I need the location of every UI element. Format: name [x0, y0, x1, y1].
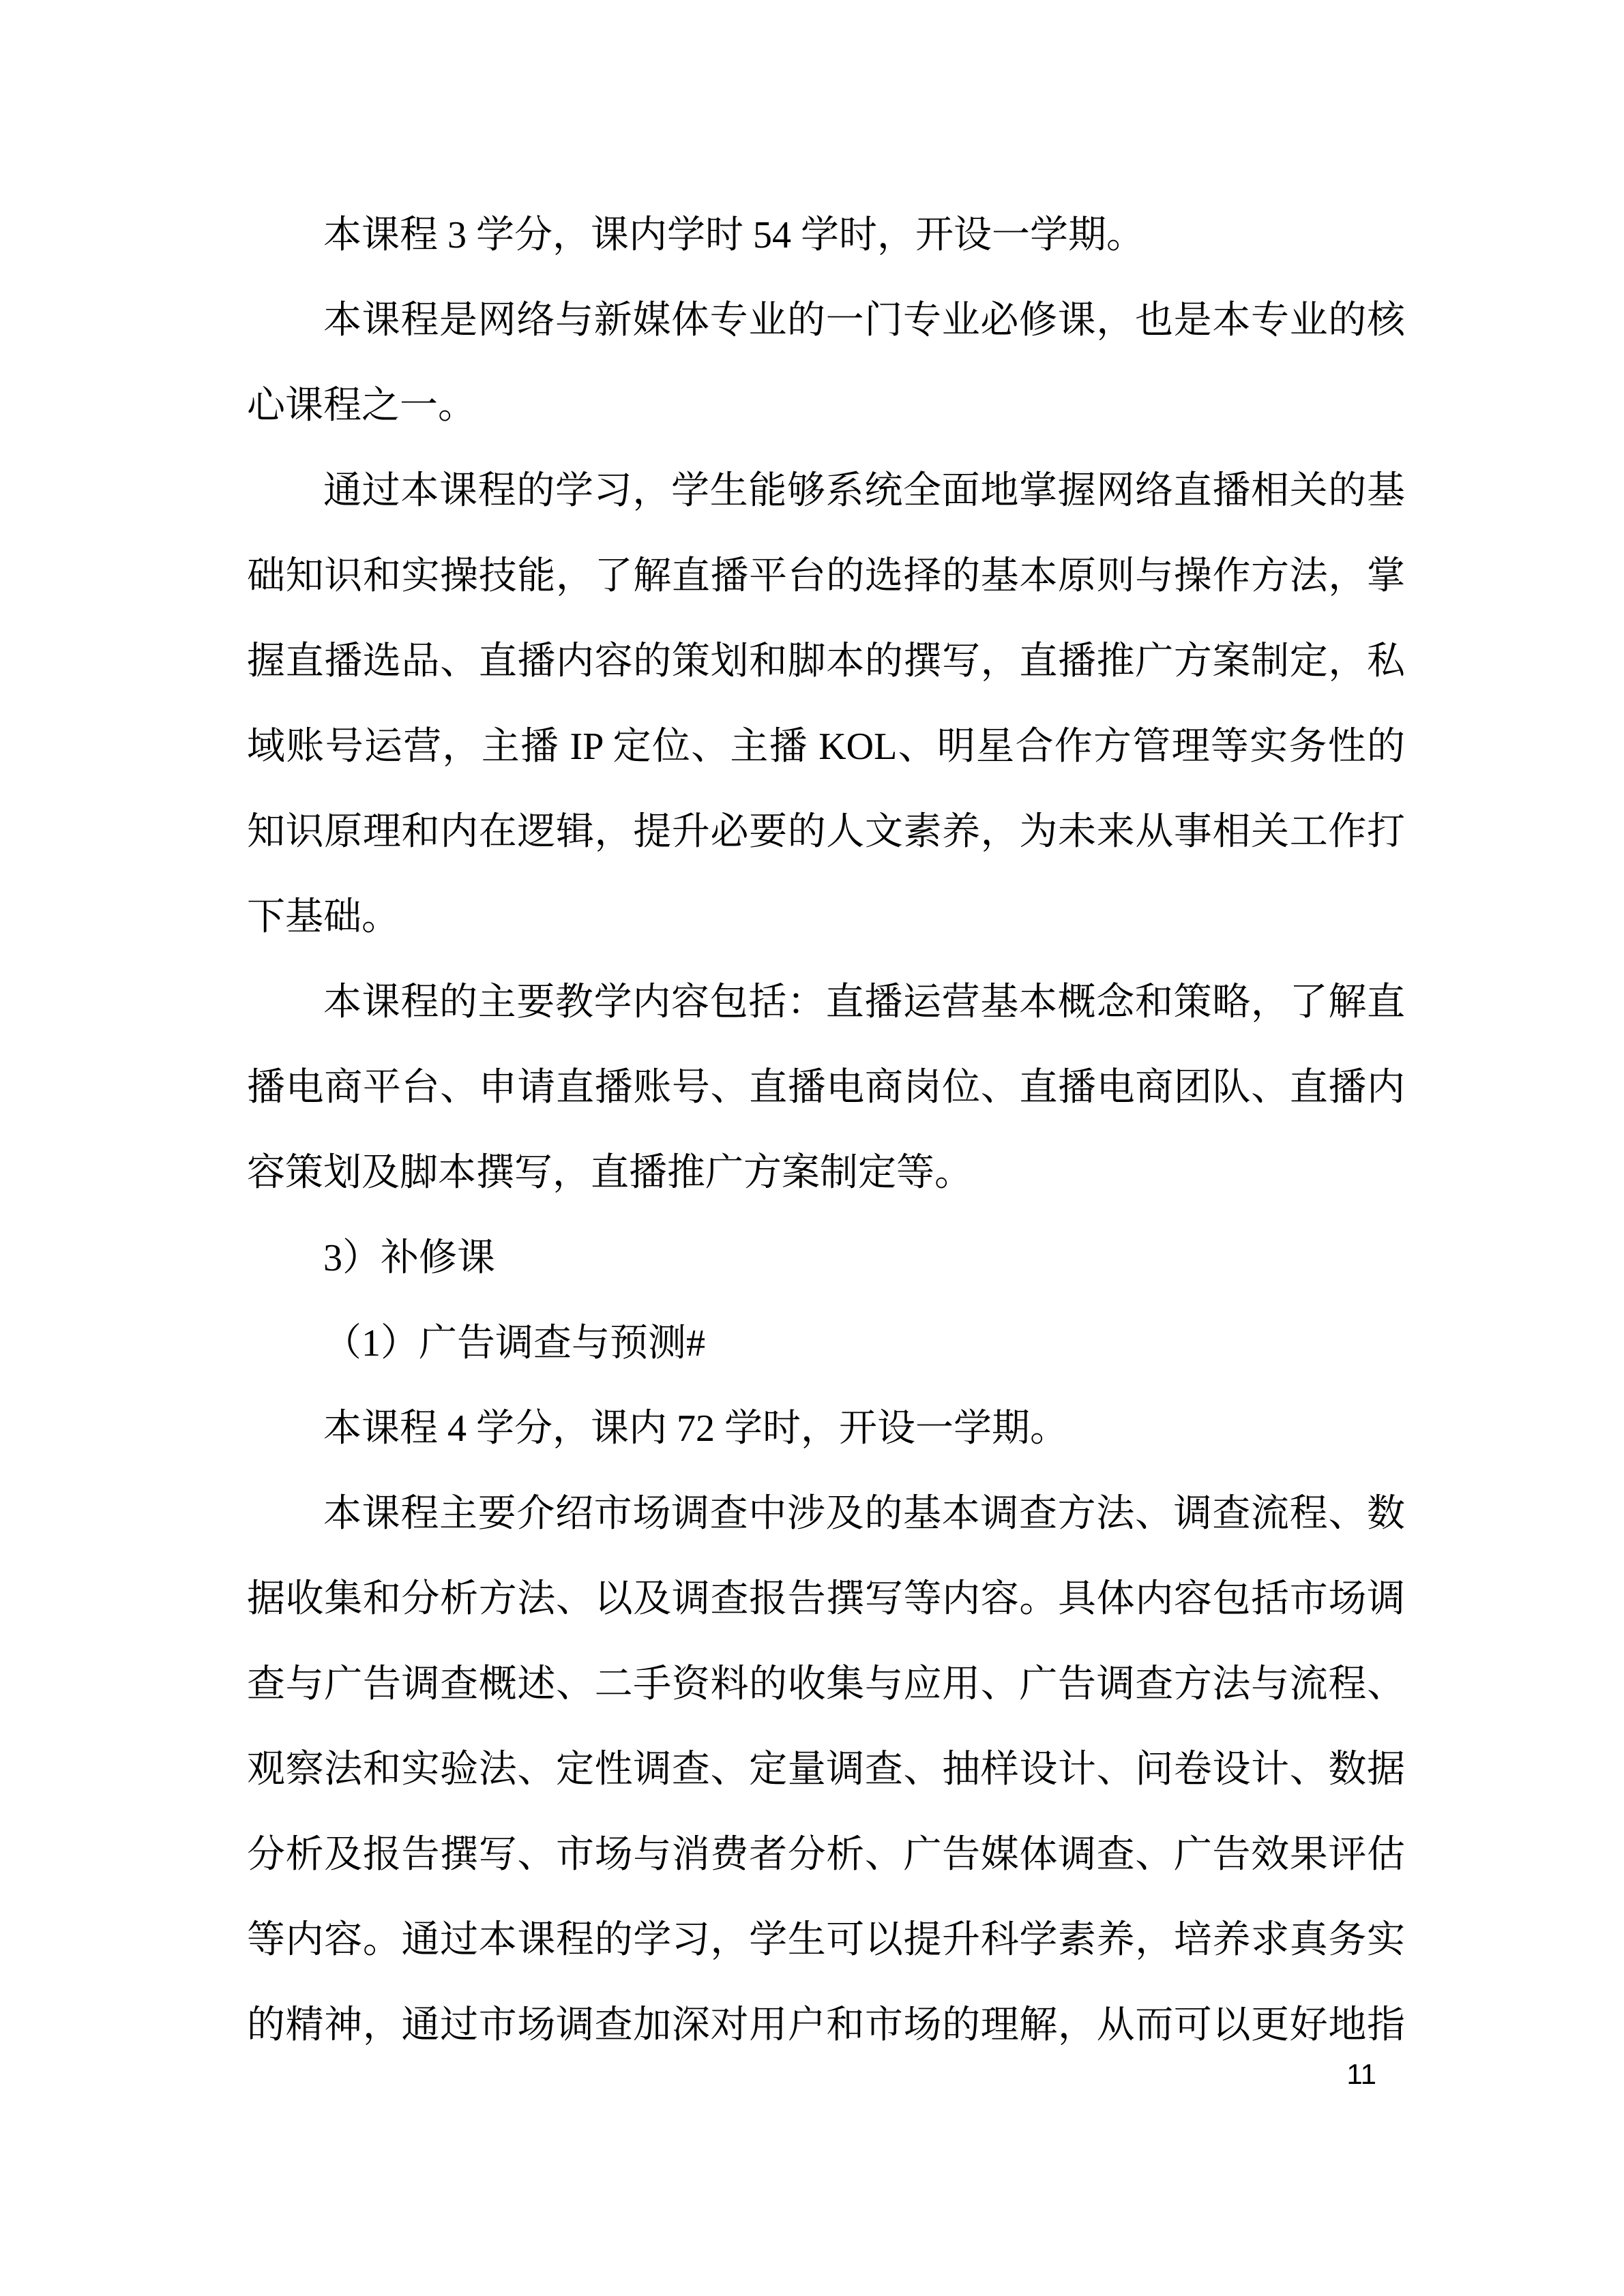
text-line: 观察法和实验法、定性调查、定量调查、抽样设计、问卷设计、数据: [247, 1727, 1405, 1813]
document-body-text: 本课程 3 学分，课内学时 54 学时，开设一学期。 本课程是网络与新媒体专业的…: [247, 193, 1405, 2068]
text-line: 本课程 3 学分，课内学时 54 学时，开设一学期。: [247, 193, 1405, 278]
text-line: 播电商平台、申请直播账号、直播电商岗位、直播电商团队、直播内: [247, 1045, 1405, 1131]
text-line: 域账号运营，主播 IP 定位、主播 KOL、明星合作方管理等实务性的: [247, 704, 1405, 790]
text-line: 握直播选品、直播内容的策划和脚本的撰写，直播推广方案制定，私: [247, 619, 1405, 704]
text-line: 础知识和实操技能，了解直播平台的选择的基本原则与操作方法，掌: [247, 534, 1405, 619]
text-line: 下基础。: [247, 875, 1405, 960]
page-number: 11: [247, 2053, 1405, 2096]
text-line: 通过本课程的学习，学生能够系统全面地掌握网络直播相关的基: [247, 449, 1405, 534]
text-line: 心课程之一。: [247, 363, 1405, 449]
text-line: 分析及报告撰写、市场与消费者分析、广告媒体调查、广告效果评估: [247, 1813, 1405, 1898]
text-line: 本课程主要介绍市场调查中涉及的基本调查方法、调查流程、数: [247, 1472, 1405, 1557]
list-item-heading: 3）补修课: [247, 1216, 1405, 1301]
document-page: 本课程 3 学分，课内学时 54 学时，开设一学期。 本课程是网络与新媒体专业的…: [0, 0, 1624, 2296]
text-line: 查与广告调查概述、二手资料的收集与应用、广告调查方法与流程、: [247, 1642, 1405, 1727]
text-line: 本课程 4 学分，课内 72 学时，开设一学期。: [247, 1386, 1405, 1472]
text-line: 本课程是网络与新媒体专业的一门专业必修课，也是本专业的核: [247, 278, 1405, 363]
text-line: 知识原理和内在逻辑，提升必要的人文素养，为未来从事相关工作打: [247, 790, 1405, 875]
list-item-heading: （1）广告调查与预测#: [247, 1301, 1405, 1386]
text-line: 本课程的主要教学内容包括：直播运营基本概念和策略，了解直: [247, 960, 1405, 1045]
text-line: 据收集和分析方法、以及调查报告撰写等内容。具体内容包括市场调: [247, 1557, 1405, 1642]
text-line: 等内容。通过本课程的学习，学生可以提升科学素养，培养求真务实: [247, 1898, 1405, 1983]
text-line: 容策划及脚本撰写，直播推广方案制定等。: [247, 1131, 1405, 1216]
